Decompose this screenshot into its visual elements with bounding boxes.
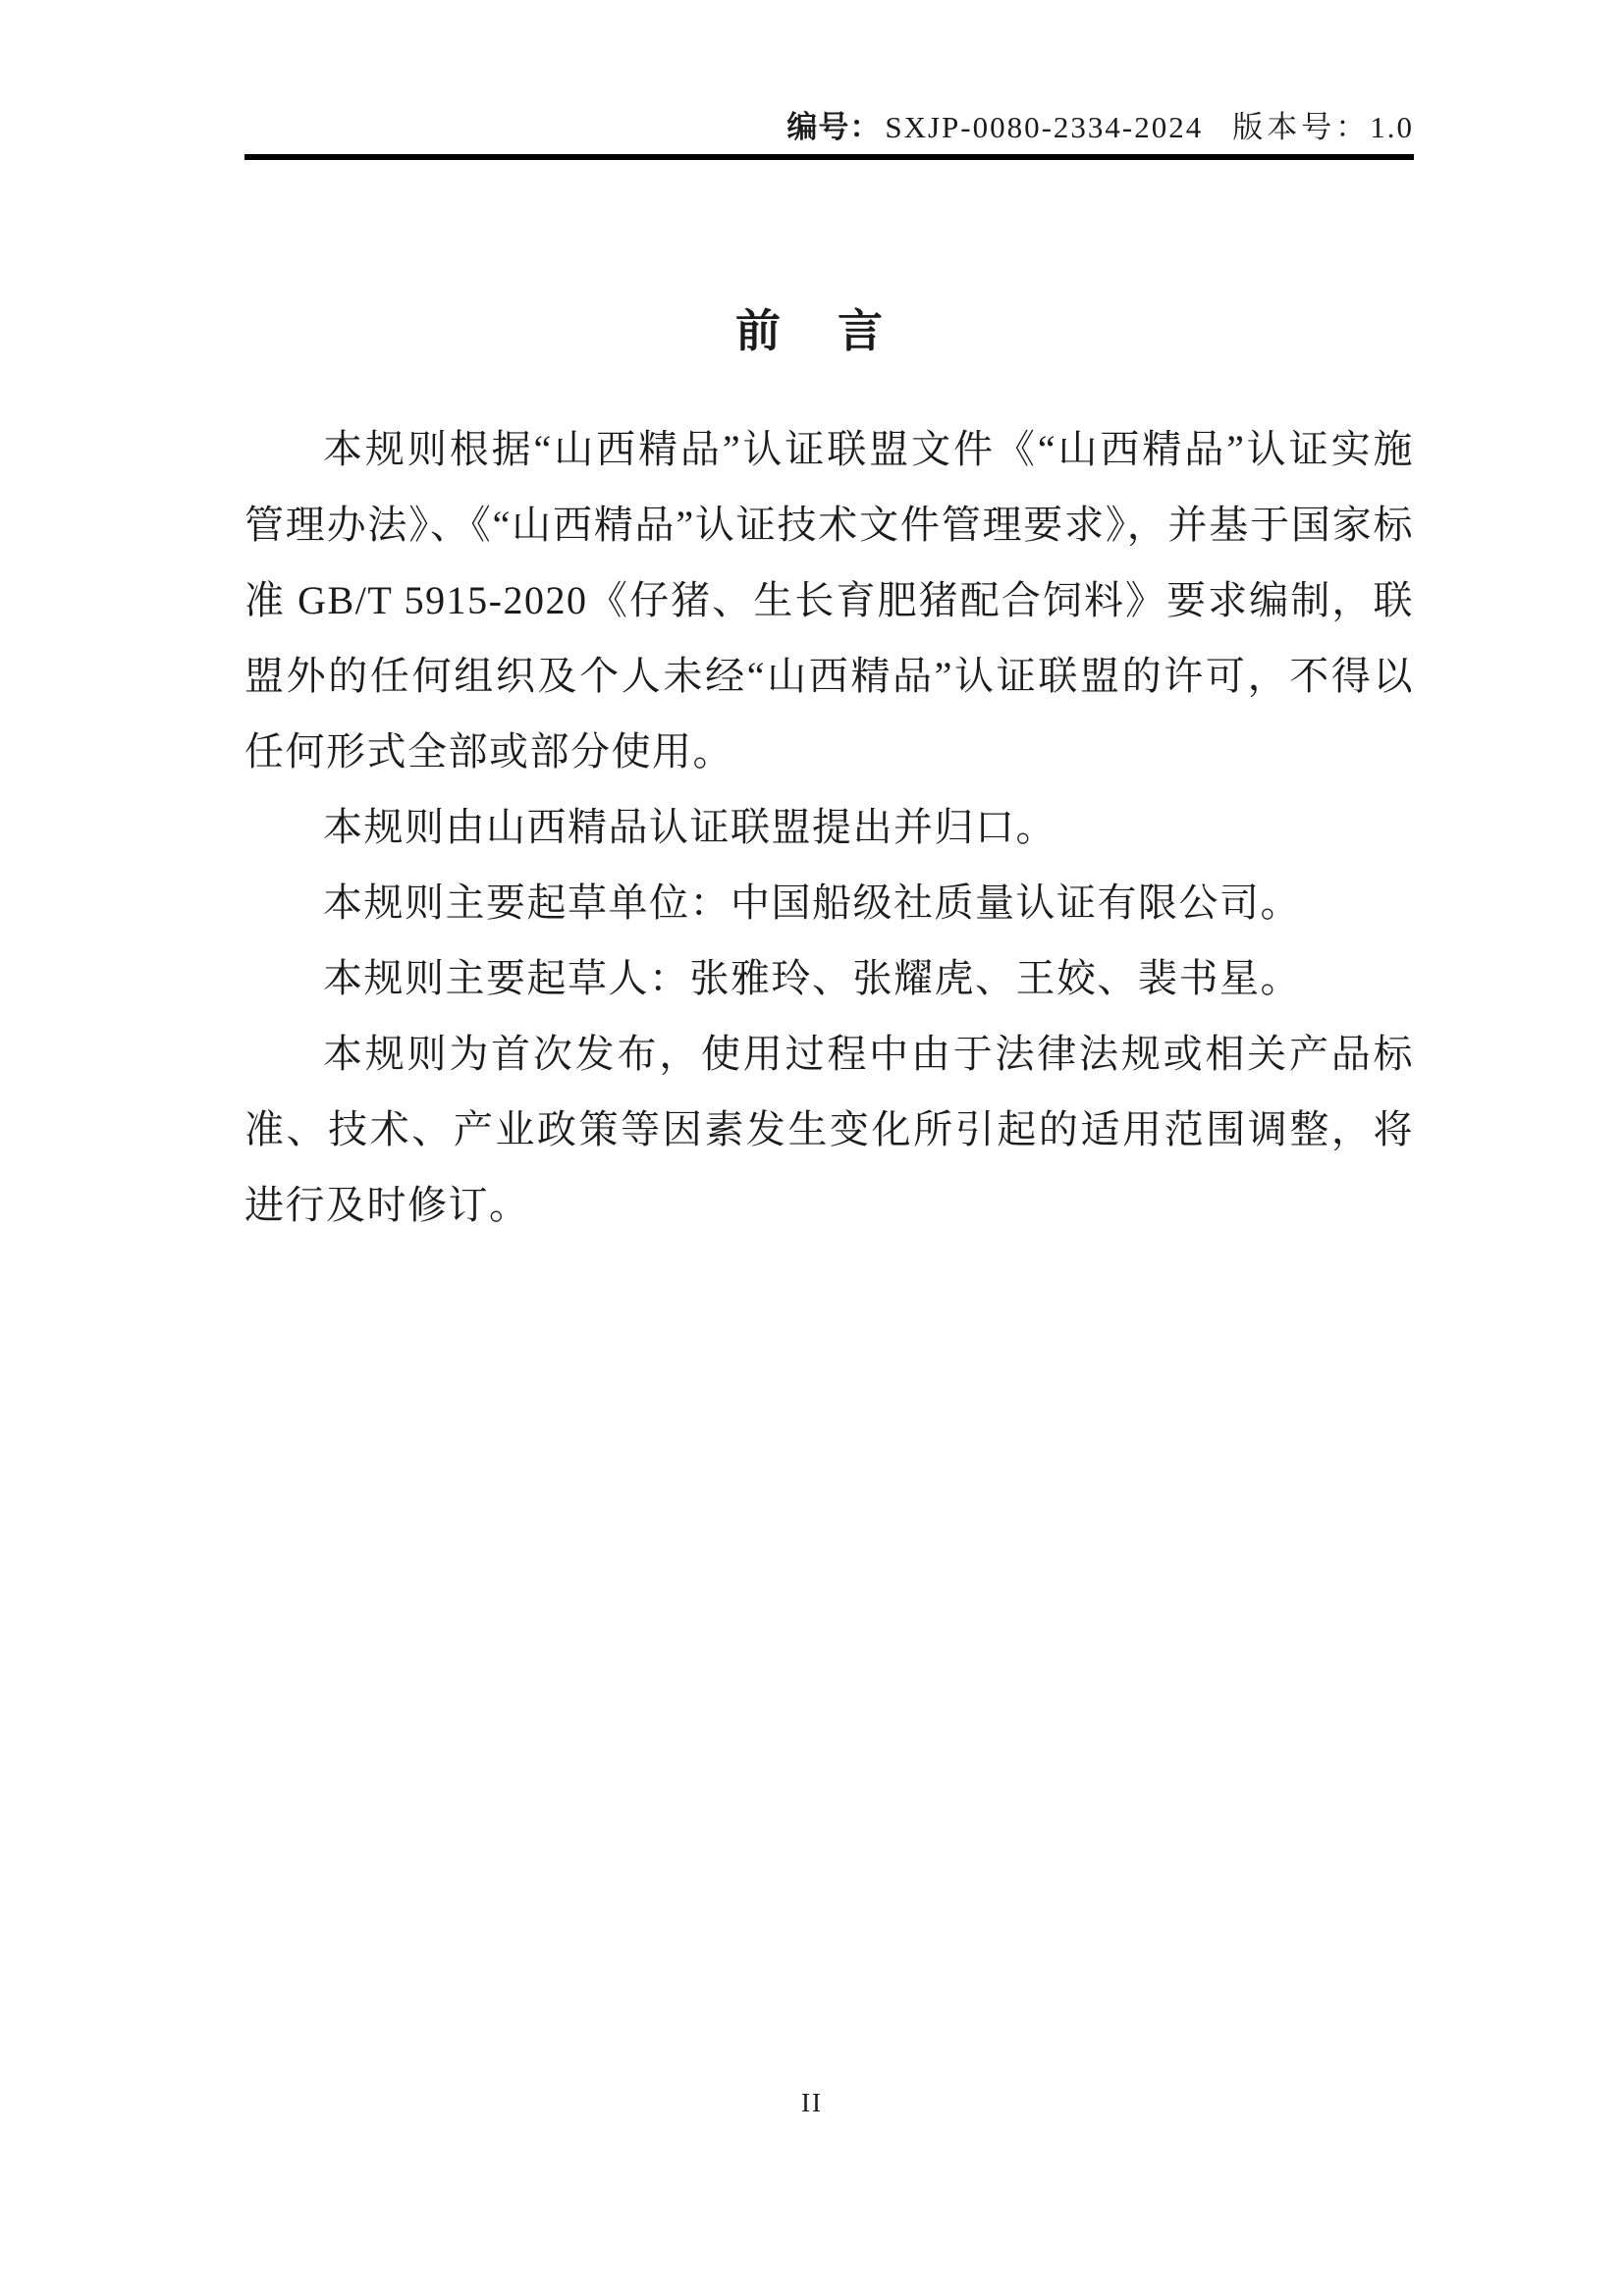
- page-header: 编号：SXJP-0080-2334-2024版本号：1.0: [244, 108, 1414, 147]
- paragraph-3: 本规则主要起草单位：中国船级社质量认证有限公司。: [244, 865, 1414, 940]
- version-value: 1.0: [1370, 110, 1414, 144]
- paragraph-1: 本规则根据“山西精品”认证联盟文件《“山西精品”认证实施管理办法》、《“山西精品…: [244, 411, 1414, 789]
- page-number: II: [801, 2088, 823, 2117]
- page-title: 前 言: [0, 306, 1624, 357]
- document-body: 本规则根据“山西精品”认证联盟文件《“山西精品”认证实施管理办法》、《“山西精品…: [244, 411, 1414, 1243]
- paragraph-5: 本规则为首次发布，使用过程中由于法律法规或相关产品标准、技术、产业政策等因素发生…: [244, 1016, 1414, 1243]
- doc-number-value: SXJP-0080-2334-2024: [885, 110, 1203, 144]
- page-footer: II: [0, 2087, 1624, 2118]
- header-rule: [244, 154, 1414, 160]
- doc-number-label: 编号：: [786, 110, 881, 145]
- paragraph-2: 本规则由山西精品认证联盟提出并归口。: [244, 789, 1414, 865]
- document-page: 编号：SXJP-0080-2334-2024版本号：1.0 前 言 本规则根据“…: [0, 0, 1624, 2296]
- version-label: 版本号：: [1232, 110, 1370, 144]
- paragraph-4: 本规则主要起草人：张雅玲、张耀虎、王姣、裴书星。: [244, 940, 1414, 1016]
